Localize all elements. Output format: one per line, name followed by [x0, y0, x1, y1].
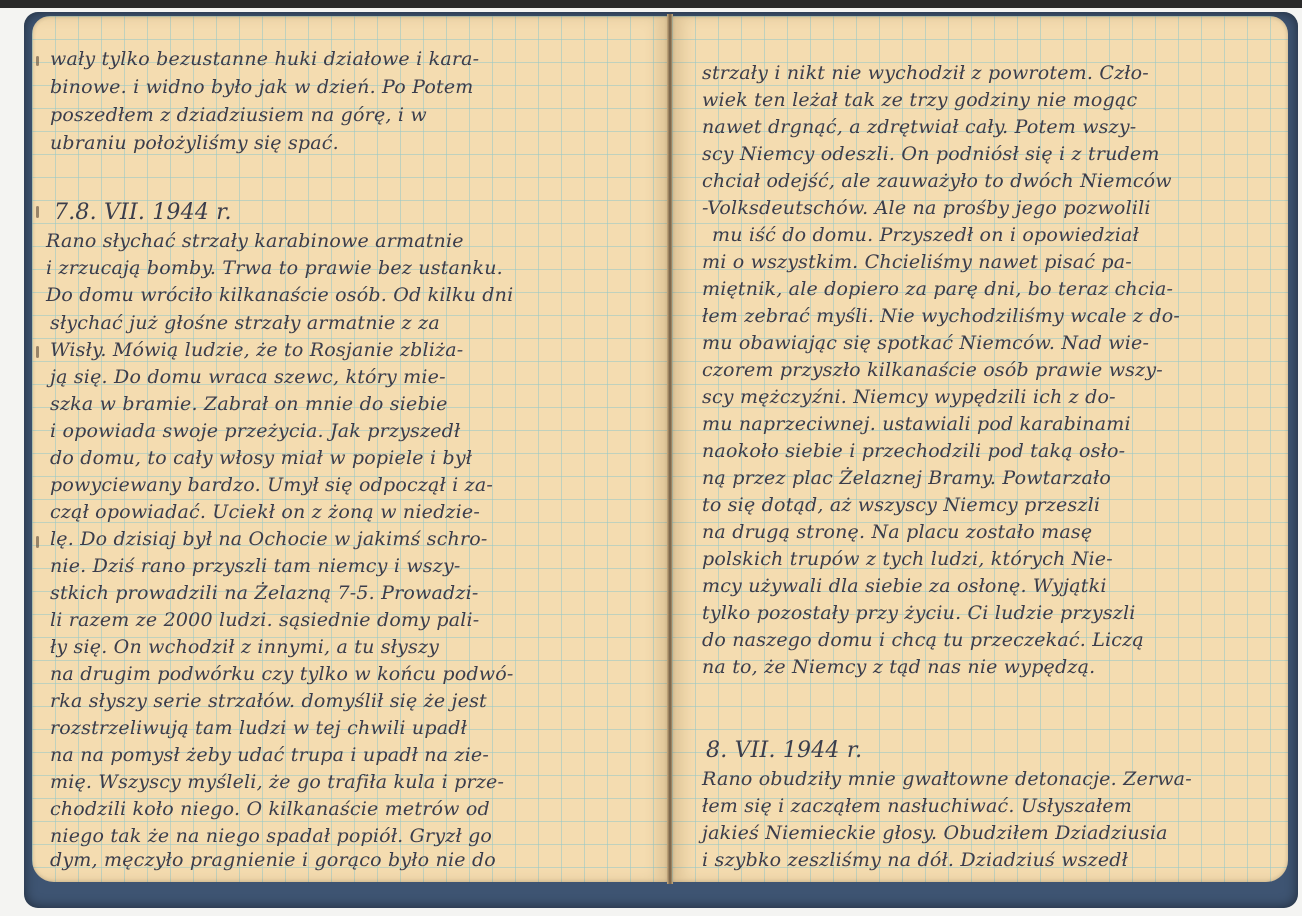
entry-date: 7.8. VII. 1944 r.	[54, 200, 232, 225]
text-line: strzały i nikt nie wychodził z powrotem.…	[702, 62, 1149, 84]
text-line: lę. Do dzisiaj był na Ochocie w jakimś s…	[50, 528, 488, 550]
text-line: mu iść do domu. Przyszedł on i opowiedzi…	[712, 224, 1139, 246]
text-line: rozstrzeliwują tam ludzi w tej chwili up…	[50, 717, 467, 739]
text-line: Do domu wróciło kilkanaście osób. Od kil…	[46, 284, 513, 306]
text-line: rka słyszy serie strzałów. domyślił się …	[50, 690, 487, 712]
text-line: wiek ten leżał tak ze trzy godziny nie m…	[702, 89, 1137, 111]
text-line: łem się i zacząłem nasłuchiwać. Usłyszał…	[702, 795, 1132, 817]
margin-mark	[36, 56, 39, 66]
text-line: stkich prowadzili na Żelazną 7-5. Prowad…	[50, 582, 479, 604]
text-line: mu naprzeciwnej. ustawiali pod karabinam…	[702, 413, 1131, 435]
text-line: dym, męczyło pragnienie i gorąco było ni…	[50, 849, 496, 871]
text-line: mcy używali dla siebie za osłonę. Wyjątk…	[702, 575, 1107, 597]
text-line: Wisły. Mówią ludzie, że to Rosjanie zbli…	[50, 339, 463, 361]
text-line: Rano obudziły mnie gwałtowne detonacje. …	[702, 768, 1192, 790]
text-line: mię. Wszyscy myśleli, że go trafiła kula…	[50, 771, 504, 793]
text-line: scy mężczyźni. Niemcy wypędzili ich z do…	[702, 386, 1116, 408]
text-line: czorem przyszło kilkanaście osób prawie …	[702, 359, 1163, 381]
text-line: i szybko zeszliśmy na dół. Dziadziuś wsz…	[702, 849, 1128, 871]
text-line: -Volksdeutschów. Ale na prośby jego pozw…	[702, 197, 1151, 219]
text-line: szka w bramie. Zabrał on mnie do siebie	[50, 393, 448, 415]
text-line: Rano słychać strzały karabinowe armatnie	[46, 230, 464, 252]
text-line: scy Niemcy odeszli. On podniósł się i z …	[702, 143, 1160, 165]
margin-mark	[36, 346, 39, 358]
text-line: to się dotąd, aż wszyscy Niemcy przeszli	[702, 494, 1100, 516]
text-line: łem zebrać myśli. Nie wychodziliśmy wcal…	[702, 305, 1180, 327]
text-line: mu obawiając się spotkać Niemców. Nad wi…	[702, 332, 1149, 354]
text-line: tylko pozostały przy życiu. Ci ludzie pr…	[702, 602, 1136, 624]
text-line: powyciewany bardzo. Umył się odpoczął i …	[50, 474, 493, 496]
text-line: do naszego domu i chcą tu przeczekać. Li…	[702, 629, 1144, 651]
text-line: na drugim podwórku czy tylko w końcu pod…	[50, 663, 513, 685]
text-line: słychać już głośne strzały armatnie z za	[50, 312, 440, 334]
text-line: do domu, to cały włosy miał w popiele i …	[50, 447, 472, 469]
left-page: wały tylko bezustanne huki działowe i ka…	[32, 16, 668, 882]
text-line: wały tylko bezustanne huki działowe i ka…	[50, 48, 479, 70]
text-line: i opowiada swoje przeżycia. Jak przyszed…	[50, 420, 460, 442]
text-line: ubraniu położyliśmy się spać.	[50, 132, 339, 154]
margin-mark	[36, 206, 39, 218]
text-line: poszedłem z dziadziusiem na górę, i w	[50, 104, 427, 126]
text-line: na drugą stronę. Na placu zostało masę	[702, 521, 1092, 543]
text-line: czął opowiadać. Uciekł on z żoną w niedz…	[50, 501, 480, 523]
text-line: nie. Dziś rano przyszli tam niemcy i wsz…	[50, 555, 461, 577]
text-line: na na pomysł żeby udać trupa i upadł na …	[50, 744, 489, 766]
text-line: naokoło siebie i przechodzili pod taką o…	[702, 440, 1125, 462]
right-page: strzały i nikt nie wychodził z powrotem.…	[672, 16, 1288, 882]
text-line: ną przez plac Żelaznej Bramy. Powtarzało	[702, 467, 1111, 489]
text-line: polskich trupów z tych ludzi, których Ni…	[702, 548, 1113, 570]
margin-mark	[36, 536, 39, 548]
text-line: ły się. On wchodził z innymi, a tu słysz…	[50, 636, 439, 658]
text-line: mi o wszystkim. Chcieliśmy nawet pisać p…	[702, 251, 1132, 273]
text-line: nawet drgnąć, a zdrętwiał cały. Potem ws…	[702, 116, 1136, 138]
text-line: niego tak że na niego spadał popiół. Gry…	[50, 825, 492, 847]
text-line: jakieś Niemieckie głosy. Obudziłem Dziad…	[702, 822, 1168, 844]
text-line: ją się. Do domu wraca szewc, który mie-	[50, 366, 446, 388]
text-line: miętnik, ale dopiero za parę dni, bo ter…	[702, 278, 1173, 300]
text-line: binowe. i widno było jak w dzień. Po Pot…	[50, 76, 474, 98]
text-line: na to, że Niemcy z tąd nas nie wypędzą.	[702, 656, 1095, 678]
text-line: i zrzucają bomby. Trwa to prawie bez ust…	[46, 257, 503, 279]
entry-date: 8. VII. 1944 r.	[706, 738, 862, 763]
text-line: chodzili koło niego. O kilkanaście metró…	[50, 798, 490, 820]
text-line: li razem ze 2000 ludzi. sąsiednie domy p…	[50, 609, 479, 631]
top-border	[0, 0, 1302, 8]
text-line: chciał odejść, ale zauważyło to dwóch Ni…	[702, 170, 1172, 192]
